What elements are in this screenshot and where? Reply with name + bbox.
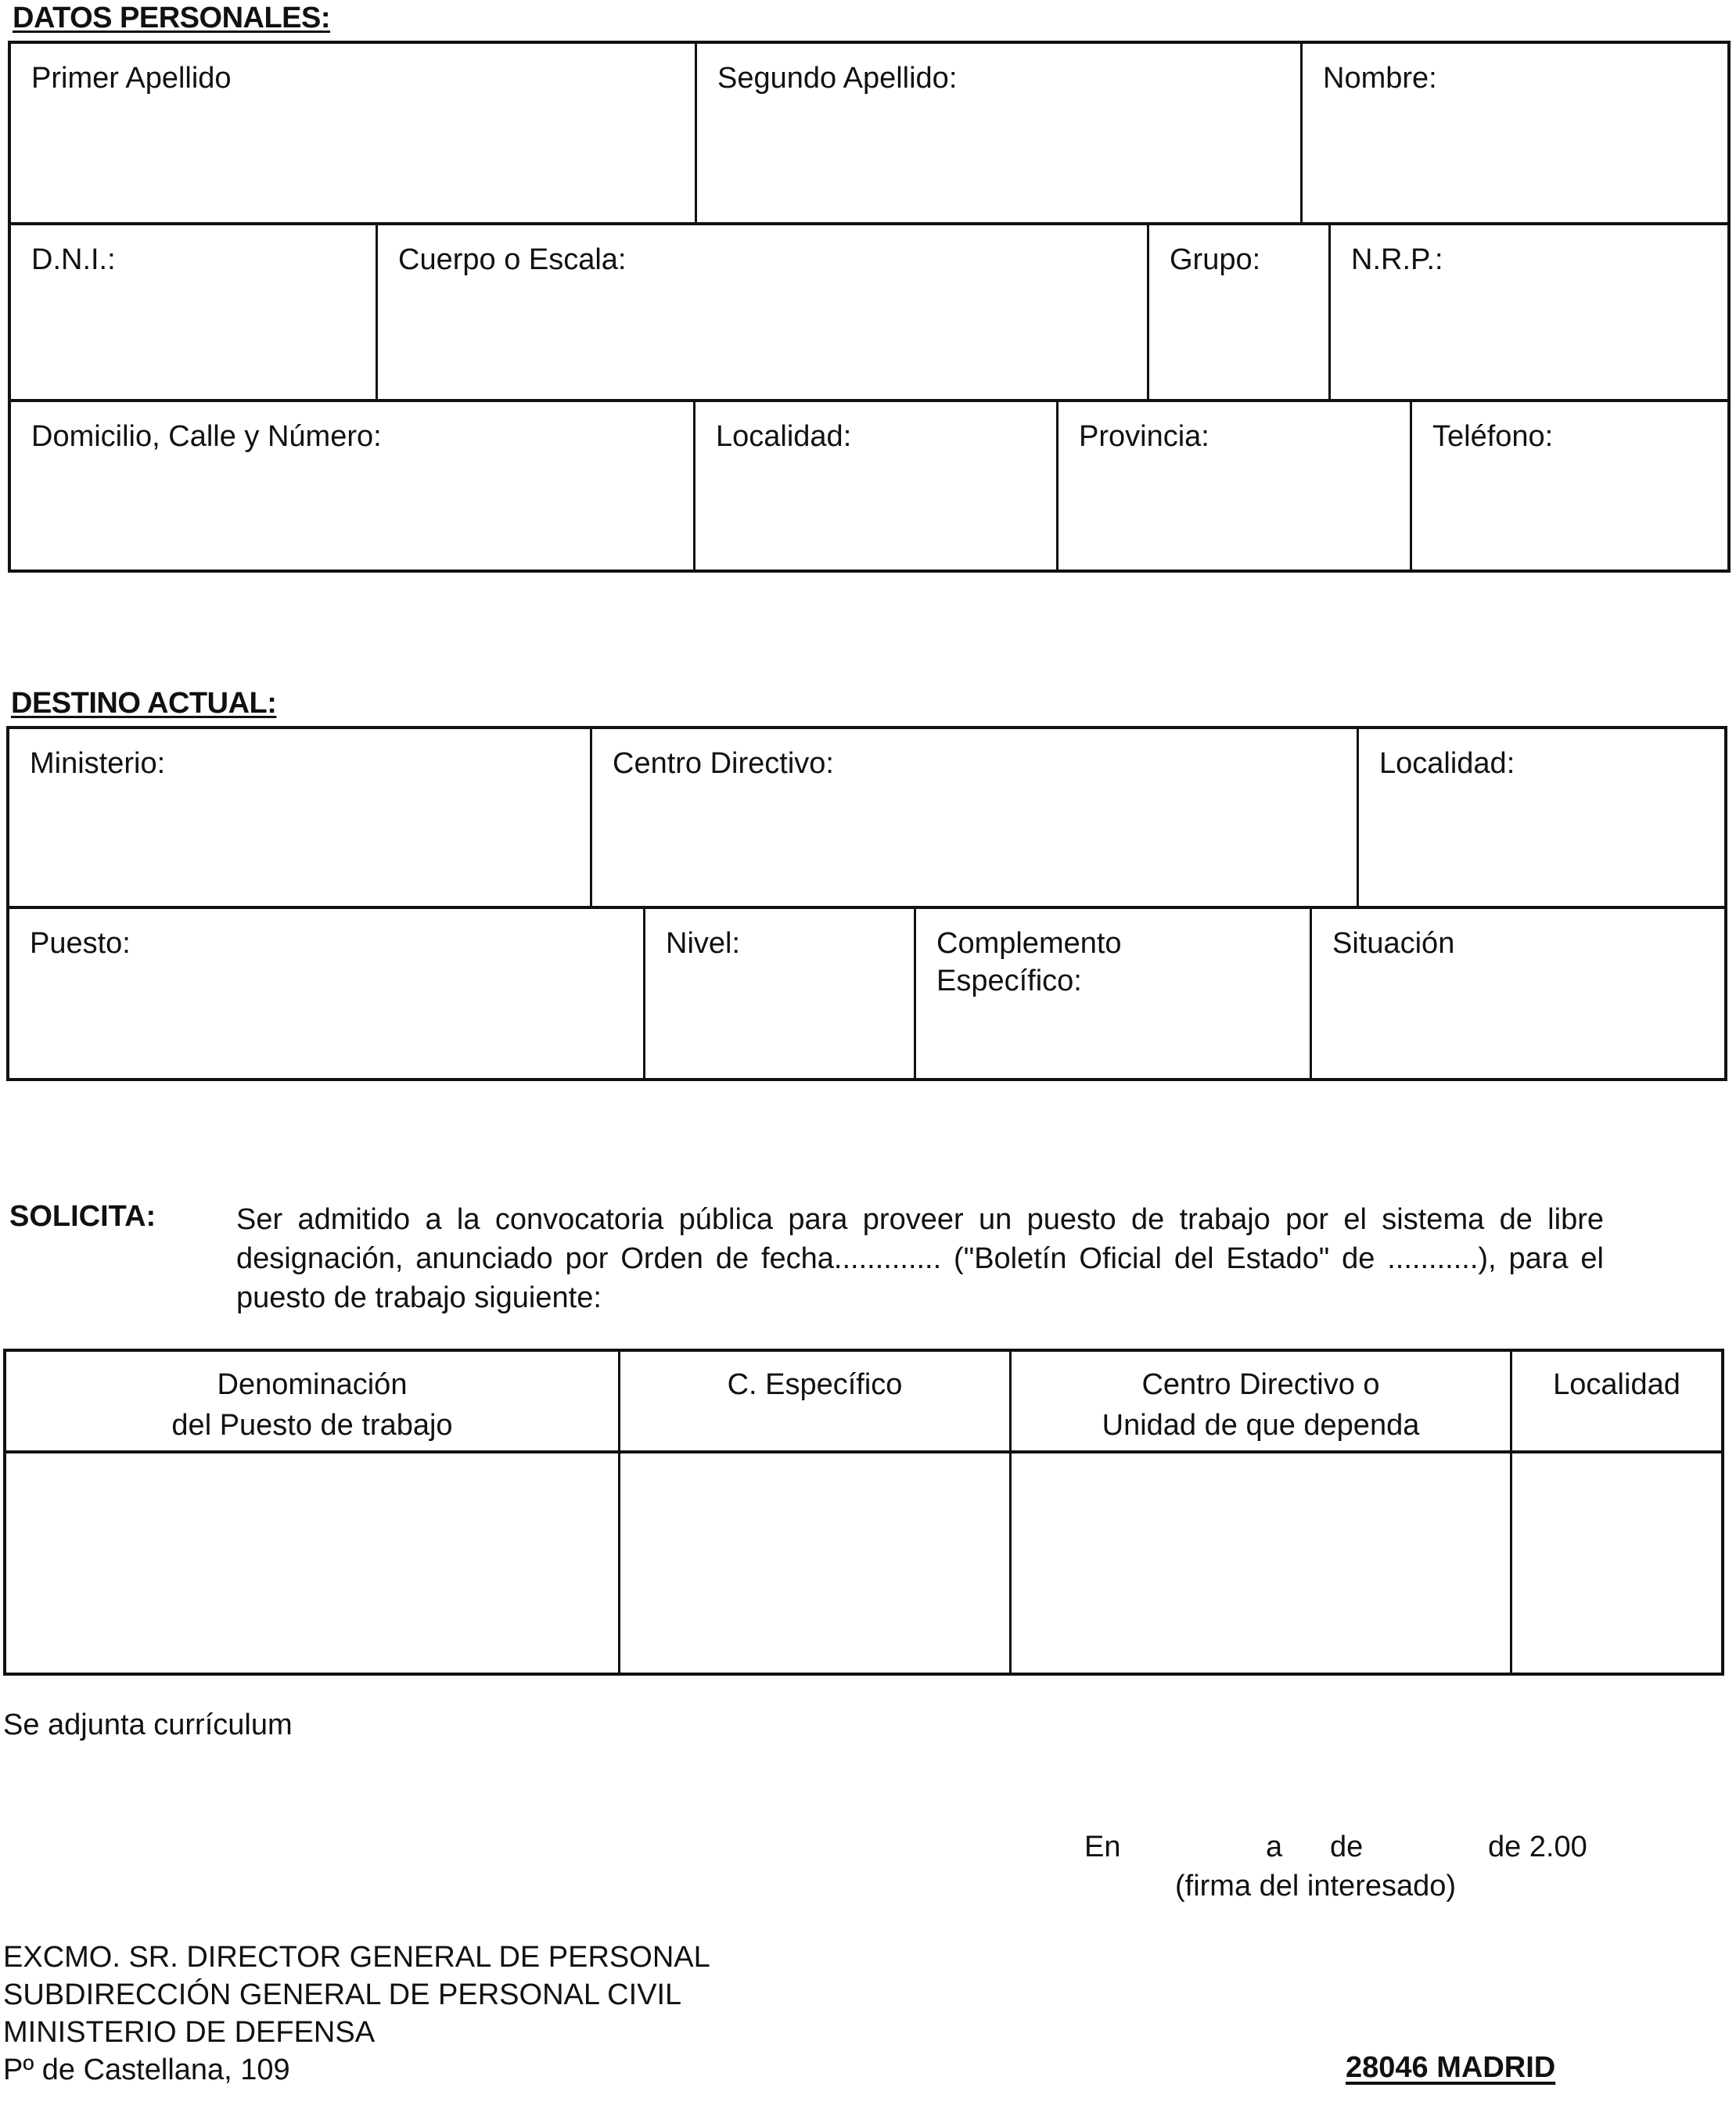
destinatario-block: EXCMO. SR. DIRECTOR GENERAL DE PERSONAL …: [3, 1939, 710, 2089]
label-telefono: Teléfono:: [1432, 418, 1553, 455]
input-dni[interactable]: [27, 340, 360, 388]
date-a: a: [1266, 1827, 1282, 1867]
cell-c-especifico[interactable]: [618, 1450, 1009, 1673]
col-header-denominacion: Denominación del Puesto de trabajo: [6, 1352, 618, 1450]
input-situacion[interactable]: [1328, 1019, 1709, 1067]
field-complemento-especifico[interactable]: Complemento Específico:: [914, 909, 1310, 1078]
datos-row-1: Primer Apellido Segundo Apellido: Nombre…: [11, 44, 1727, 222]
datos-row-3: Domicilio, Calle y Número: Localidad: Pr…: [11, 399, 1727, 570]
cell-denominacion[interactable]: [6, 1450, 618, 1673]
input-nivel[interactable]: [661, 1019, 898, 1067]
destinatario-city: 28046 MADRID: [1346, 2051, 1555, 2085]
field-localidad-destino[interactable]: Localidad:: [1357, 729, 1724, 906]
datos-row-2: D.N.I.: Cuerpo o Escala: Grupo: N.R.P.:: [11, 222, 1727, 399]
destino-row-2: Puesto: Nivel: Complemento Específico: S…: [9, 906, 1724, 1078]
field-domicilio[interactable]: Domicilio, Calle y Número:: [11, 402, 693, 570]
field-ministerio[interactable]: Ministerio:: [9, 729, 590, 906]
label-primer-apellido: Primer Apellido: [31, 59, 232, 97]
label-complemento-especifico: Complemento Específico:: [936, 925, 1122, 1000]
field-nrp[interactable]: N.R.P.:: [1328, 225, 1727, 399]
destinatario-line-4: Pº de Castellana, 109: [3, 2051, 710, 2089]
field-puesto[interactable]: Puesto:: [9, 909, 643, 1078]
input-puesto[interactable]: [25, 1019, 627, 1067]
input-nombre[interactable]: [1318, 163, 1712, 211]
input-complemento-especifico[interactable]: [932, 1019, 1294, 1067]
field-situacion[interactable]: Situación: [1310, 909, 1724, 1078]
label-situacion: Situación: [1332, 925, 1454, 962]
input-c-especifico[interactable]: [636, 1613, 994, 1662]
destino-row-1: Ministerio: Centro Directivo: Localidad:: [9, 729, 1724, 906]
input-denominacion[interactable]: [22, 1613, 602, 1662]
input-segundo-apellido[interactable]: [713, 163, 1285, 211]
label-nrp: N.R.P.:: [1351, 241, 1443, 278]
date-de-year: de 2.00: [1488, 1827, 1587, 1867]
input-provincia[interactable]: [1074, 510, 1394, 559]
field-nombre[interactable]: Nombre:: [1300, 44, 1727, 222]
cell-localidad[interactable]: [1510, 1450, 1721, 1673]
input-centro-directivo-unidad[interactable]: [1027, 1613, 1494, 1662]
destinatario-line-3: MINISTERIO DE DEFENSA: [3, 2014, 710, 2051]
label-nombre: Nombre:: [1323, 59, 1437, 97]
cell-centro-directivo[interactable]: [1009, 1450, 1510, 1673]
input-cuerpo-escala[interactable]: [394, 340, 1131, 388]
label-grupo: Grupo:: [1170, 241, 1260, 278]
field-dni[interactable]: D.N.I.:: [11, 225, 376, 399]
label-localidad-destino: Localidad:: [1379, 745, 1515, 782]
date-en: En: [1084, 1827, 1120, 1867]
col-header-centro-directivo: Centro Directivo o Unidad de que dependa: [1009, 1352, 1510, 1450]
field-primer-apellido[interactable]: Primer Apellido: [11, 44, 695, 222]
label-domicilio: Domicilio, Calle y Número:: [31, 418, 382, 455]
input-localidad-puesto[interactable]: [1528, 1613, 1705, 1662]
input-telefono[interactable]: [1428, 510, 1712, 559]
input-nrp[interactable]: [1346, 340, 1712, 388]
field-cuerpo-escala[interactable]: Cuerpo o Escala:: [376, 225, 1147, 399]
solicita-text: Ser admitido a la convocatoria pública p…: [236, 1200, 1604, 1317]
label-puesto: Puesto:: [30, 925, 131, 962]
label-segundo-apellido: Segundo Apellido:: [717, 59, 957, 97]
field-grupo[interactable]: Grupo:: [1147, 225, 1328, 399]
adjunta-curriculum-text: Se adjunta currículum: [3, 1705, 293, 1744]
puesto-solicitado-table: Denominación del Puesto de trabajo C. Es…: [3, 1349, 1724, 1676]
date-de-1: de: [1330, 1827, 1363, 1867]
label-cuerpo-escala: Cuerpo o Escala:: [398, 241, 627, 278]
field-segundo-apellido[interactable]: Segundo Apellido:: [695, 44, 1300, 222]
label-provincia: Provincia:: [1079, 418, 1209, 455]
label-nivel: Nivel:: [666, 925, 740, 962]
datos-personales-grid: Primer Apellido Segundo Apellido: Nombre…: [8, 41, 1731, 573]
field-telefono[interactable]: Teléfono:: [1410, 402, 1727, 570]
col-header-c-especifico: C. Específico: [618, 1352, 1009, 1450]
label-localidad-personal: Localidad:: [716, 418, 851, 455]
input-ministerio[interactable]: [25, 846, 574, 895]
section-title-destino-actual: DESTINO ACTUAL:: [11, 687, 276, 720]
field-centro-directivo[interactable]: Centro Directivo:: [590, 729, 1357, 906]
input-centro-directivo[interactable]: [608, 846, 1341, 895]
destino-actual-grid: Ministerio: Centro Directivo: Localidad:…: [6, 726, 1727, 1081]
field-localidad-personal[interactable]: Localidad:: [693, 402, 1056, 570]
input-localidad-destino[interactable]: [1375, 846, 1709, 895]
destinatario-line-1: EXCMO. SR. DIRECTOR GENERAL DE PERSONAL: [3, 1939, 710, 1976]
col-header-localidad: Localidad: [1510, 1352, 1721, 1450]
section-title-datos-personales: DATOS PERSONALES:: [13, 2, 330, 35]
field-provincia[interactable]: Provincia:: [1056, 402, 1410, 570]
solicita-label: SOLICITA:: [9, 1200, 156, 1234]
input-localidad-personal[interactable]: [711, 510, 1041, 559]
destinatario-line-2: SUBDIRECCIÓN GENERAL DE PERSONAL CIVIL: [3, 1976, 710, 2014]
input-domicilio[interactable]: [27, 510, 678, 559]
input-grupo[interactable]: [1165, 340, 1313, 388]
firma-caption: (firma del interesado): [1175, 1867, 1456, 1906]
label-centro-directivo: Centro Directivo:: [613, 745, 834, 782]
label-dni: D.N.I.:: [31, 241, 116, 278]
field-nivel[interactable]: Nivel:: [643, 909, 914, 1078]
input-primer-apellido[interactable]: [27, 163, 679, 211]
label-ministerio: Ministerio:: [30, 745, 165, 782]
